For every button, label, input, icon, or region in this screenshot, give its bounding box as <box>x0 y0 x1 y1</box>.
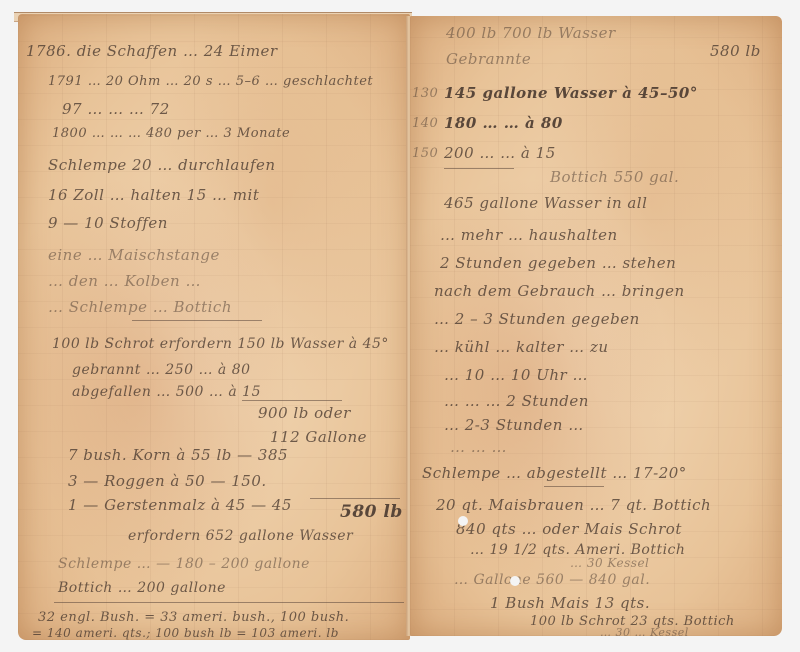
handwritten-line: 1800 … … … 480 per … 3 Monate <box>52 126 290 141</box>
handwritten-line: … den … Kolben … <box>48 272 201 290</box>
underline <box>544 486 604 487</box>
paper-hole <box>458 516 468 526</box>
handwritten-line: … 30 … Kessel <box>600 626 689 639</box>
paper-hole <box>510 576 520 586</box>
handwritten-line: Schlempe … — 180 – 200 gallone <box>58 556 310 572</box>
handwritten-line: Gebrannte <box>446 50 531 68</box>
handwritten-line: 1791 … 20 Ohm … 20 s … 5–6 … geschlachte… <box>48 74 373 89</box>
margin-figure: 140 <box>412 116 438 131</box>
handwritten-line: Schlempe … abgestellt … 17-20° <box>422 464 687 482</box>
open-notebook: 1786. die Schaffen … 24 Eimer 1791 … 20 … <box>0 0 800 652</box>
left-page: 1786. die Schaffen … 24 Eimer 1791 … 20 … <box>18 14 410 640</box>
handwritten-line: 32 engl. Bush. = 33 ameri. bush., 100 bu… <box>38 610 349 625</box>
handwritten-line: 200 … … à 15 <box>444 144 556 162</box>
handwritten-line: gebrannt … 250 … à 80 <box>72 362 251 378</box>
handwritten-line: nach dem Gebrauch … bringen <box>434 282 685 300</box>
handwritten-line: 840 qts … oder Mais Schrot <box>456 520 682 538</box>
handwritten-line: eine … Maischstange <box>48 246 220 264</box>
handwritten-line: erfordern 652 gallone Wasser <box>128 528 353 544</box>
handwritten-line: Bottich … 200 gallone <box>58 580 226 596</box>
handwritten-line: 9 — 10 Stoffen <box>48 214 168 232</box>
underline <box>132 320 262 321</box>
handwritten-line: … kühl … kalter … zu <box>434 338 609 356</box>
handwritten-line: 1786. die Schaffen … 24 Eimer <box>26 42 278 60</box>
sum-rule <box>242 400 342 401</box>
handwritten-line: = 140 ameri. qts.; 100 bush lb = 103 ame… <box>32 626 339 640</box>
handwritten-line: … … … 2 Stunden <box>444 392 589 410</box>
handwritten-line: abgefallen … 500 … à 15 <box>72 384 261 400</box>
sum-rule <box>310 498 400 499</box>
handwritten-line: 112 Gallone <box>270 428 367 446</box>
handwritten-line: … 2 – 3 Stunden gegeben <box>434 310 640 328</box>
handwritten-line: … mehr … haushalten <box>440 226 618 244</box>
handwritten-line: 180 … … à 80 <box>444 114 563 132</box>
handwritten-line: … Gallone 560 — 840 gal. <box>454 572 650 588</box>
handwritten-line: 580 lb <box>340 502 403 522</box>
margin-figure: 150 <box>412 146 438 161</box>
sum-rule <box>444 168 514 169</box>
handwritten-line: 2 Stunden gegeben … stehen <box>440 254 676 272</box>
divider-rule <box>54 602 404 603</box>
handwritten-line: 1 — Gerstenmalz à 45 — 45 <box>68 496 292 514</box>
handwritten-line: 400 lb 700 lb Wasser <box>446 24 616 42</box>
handwritten-line: … 30 Kessel <box>570 556 649 570</box>
handwritten-line: 7 bush. Korn à 55 lb — 385 <box>68 446 288 464</box>
handwritten-line: 97 … … … 72 <box>62 100 170 118</box>
right-page: 400 lb 700 lb Wasser Gebrannte 580 lb 13… <box>410 16 782 636</box>
handwritten-line: … Schlempe … Bottich <box>48 298 232 316</box>
handwritten-line: 580 lb <box>710 42 761 60</box>
handwritten-line: … … … <box>450 438 507 456</box>
handwritten-line: 3 — Roggen à 50 — 150. <box>68 472 267 490</box>
handwritten-line: 465 gallone Wasser in all <box>444 194 647 212</box>
handwritten-line: 16 Zoll … halten 15 … mit <box>48 186 259 204</box>
handwritten-line: … 2-3 Stunden … <box>444 416 584 434</box>
handwritten-line: 145 gallone Wasser à 45–50° <box>444 84 698 102</box>
margin-figure: 130 <box>412 86 438 101</box>
handwritten-line: 20 qt. Maisbrauen … 7 qt. Bottich <box>436 496 711 514</box>
handwritten-line: Bottich 550 gal. <box>550 168 679 186</box>
handwritten-line: Schlempe 20 … durchlaufen <box>48 156 276 174</box>
handwritten-line: 100 lb Schrot erfordern 150 lb Wasser à … <box>52 336 389 352</box>
handwritten-line: 900 lb oder <box>258 404 351 422</box>
handwritten-line: 1 Bush Mais 13 qts. <box>490 594 650 612</box>
handwritten-line: … 10 … 10 Uhr … <box>444 366 588 384</box>
